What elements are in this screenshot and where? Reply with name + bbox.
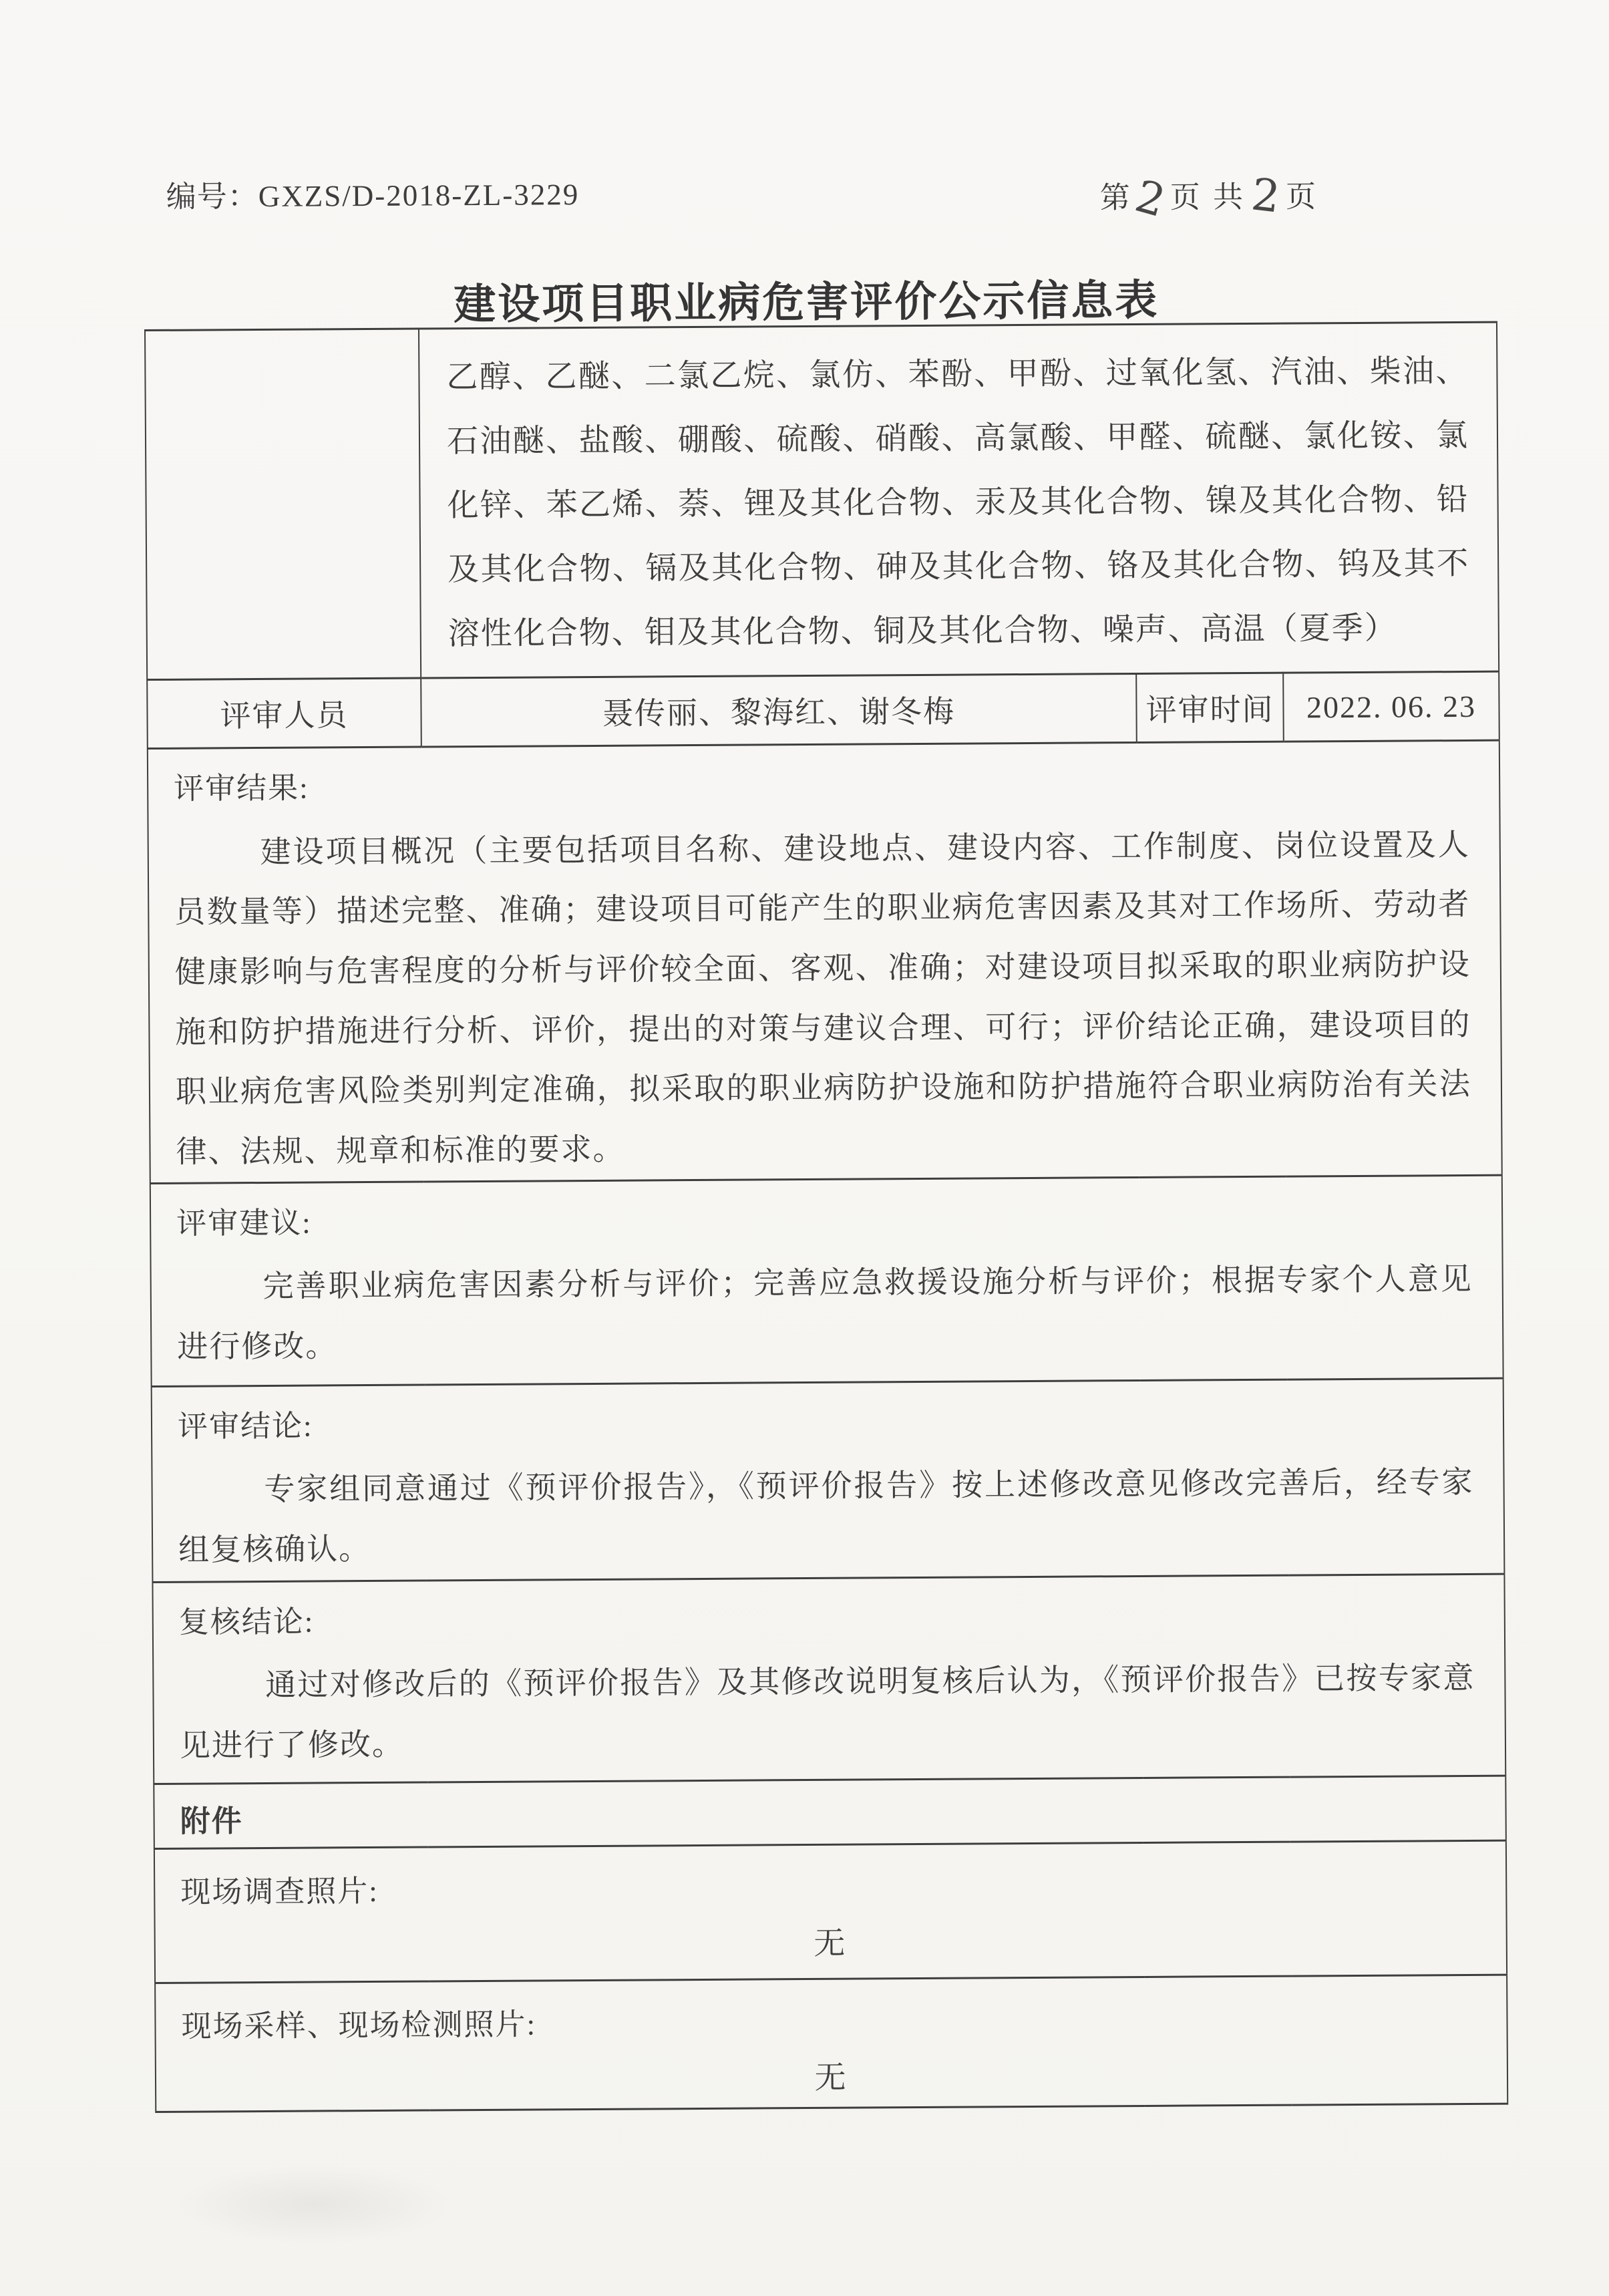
reviewers-label-cell: 评审人员 bbox=[147, 678, 421, 749]
review-result-body: 建设项目概况（主要包括项目名称、建设地点、建设内容、工作制度、岗位设置及人员数量… bbox=[174, 814, 1472, 1182]
doc-number: 编号：GXZS/D-2018-ZL-3229 bbox=[166, 170, 580, 216]
review-suggestion-row: 评审建议: 完善职业病危害因素分析与评价；完善应急救援设施分析与评价；根据专家个… bbox=[150, 1175, 1503, 1386]
handwritten-current-page-number: 2 bbox=[1137, 195, 1166, 203]
hazard-factors-label-cell-empty bbox=[145, 329, 421, 679]
review-result-label: 评审结果: bbox=[174, 759, 1469, 812]
review-result-row: 评审结果: 建设项目概况（主要包括项目名称、建设地点、建设内容、工作制度、岗位设… bbox=[148, 740, 1502, 1183]
doc-number-value: GXZS/D-2018-ZL-3229 bbox=[258, 178, 580, 213]
review-suggestion-body: 完善职业病危害因素分析与评价；完善应急救援设施分析与评价；根据专家个人意见进行修… bbox=[176, 1249, 1473, 1377]
recheck-conclusion-label: 复核结论: bbox=[179, 1593, 1475, 1645]
scanned-document-page: 编号：GXZS/D-2018-ZL-3229 第2页 共2页 建设项目职业病危害… bbox=[0, 0, 1609, 2296]
review-conclusion-body: 专家组同意通过《预评价报告》，《预评价报告》按上述修改意见修改完善后，经专家组复… bbox=[178, 1452, 1474, 1580]
review-conclusion-label: 评审结论: bbox=[178, 1397, 1473, 1450]
form-table: 乙醇、乙醚、二氯乙烷、氯仿、苯酚、甲酚、过氧化氢、汽油、柴油、石油醚、盐酸、硼酸… bbox=[144, 321, 1508, 2113]
sampling-photos-row: 现场采样、现场检测照片: 无 bbox=[155, 1975, 1507, 2112]
survey-photos-cell: 现场调查照片: 无 bbox=[154, 1840, 1507, 1983]
recheck-conclusion-cell: 复核结论: 通过对修改后的《预评价报告》及其修改说明复核后认为，《预评价报告》已… bbox=[152, 1574, 1505, 1784]
hazard-factors-cell: 乙醇、乙醚、二氯乙烷、氯仿、苯酚、甲酚、过氧化氢、汽油、柴油、石油醚、盐酸、硼酸… bbox=[419, 322, 1499, 678]
sampling-photos-label: 现场采样、现场检测照片: bbox=[181, 1992, 1479, 2054]
survey-photos-value: 无 bbox=[181, 1912, 1479, 1976]
handwritten-total-page-number: 2 bbox=[1252, 194, 1283, 198]
review-result-cell: 评审结果: 建设项目概况（主要包括项目名称、建设地点、建设内容、工作制度、岗位设… bbox=[148, 740, 1502, 1183]
hazard-factors-row: 乙醇、乙醚、二氯乙烷、氯仿、苯酚、甲酚、过氧化氢、汽油、柴油、石油醚、盐酸、硼酸… bbox=[145, 322, 1499, 679]
reviewers-row: 评审人员 聂传丽、黎海红、谢冬梅 评审时间 2022. 06. 23 bbox=[147, 671, 1499, 748]
page-word-middle: 页 共 bbox=[1170, 180, 1246, 214]
hazard-factors-text: 乙醇、乙醚、二氯乙烷、氯仿、苯酚、甲酚、过氧化氢、汽油、柴油、石油醚、盐酸、硼酸… bbox=[446, 339, 1470, 666]
review-conclusion-row: 评审结论: 专家组同意通过《预评价报告》，《预评价报告》按上述修改意见修改完善后… bbox=[152, 1378, 1505, 1582]
sampling-photos-value: 无 bbox=[182, 2046, 1480, 2110]
survey-photos-row: 现场调查照片: 无 bbox=[154, 1840, 1507, 1983]
page-word-first: 第 bbox=[1100, 181, 1133, 214]
attachment-row: 附件 bbox=[154, 1776, 1506, 1848]
survey-photos-label: 现场调查照片: bbox=[180, 1858, 1479, 1920]
attachment-label-cell: 附件 bbox=[154, 1776, 1506, 1848]
review-time-label-cell: 评审时间 bbox=[1136, 673, 1284, 742]
doc-number-label: 编号： bbox=[166, 180, 258, 214]
recheck-conclusion-row: 复核结论: 通过对修改后的《预评价报告》及其修改说明复核后认为，《预评价报告》已… bbox=[152, 1574, 1505, 1784]
page-indicator: 第2页 共2页 bbox=[1100, 172, 1319, 216]
review-suggestion-cell: 评审建议: 完善职业病危害因素分析与评价；完善应急救援设施分析与评价；根据专家个… bbox=[150, 1175, 1503, 1386]
review-time-value-cell: 2022. 06. 23 bbox=[1283, 671, 1499, 742]
sampling-photos-cell: 现场采样、现场检测照片: 无 bbox=[155, 1975, 1507, 2112]
reviewers-names-cell: 聂传丽、黎海红、谢冬梅 bbox=[421, 673, 1137, 747]
sheet-content: 编号：GXZS/D-2018-ZL-3229 第2页 共2页 建设项目职业病危害… bbox=[0, 0, 1609, 2296]
review-conclusion-cell: 评审结论: 专家组同意通过《预评价报告》，《预评价报告》按上述修改意见修改完善后… bbox=[152, 1378, 1505, 1582]
review-suggestion-label: 评审建议: bbox=[176, 1194, 1472, 1247]
page-word-last: 页 bbox=[1286, 180, 1318, 213]
recheck-conclusion-body: 通过对修改后的《预评价报告》及其修改说明复核后认为，《预评价报告》已按专家意见进… bbox=[179, 1648, 1475, 1776]
